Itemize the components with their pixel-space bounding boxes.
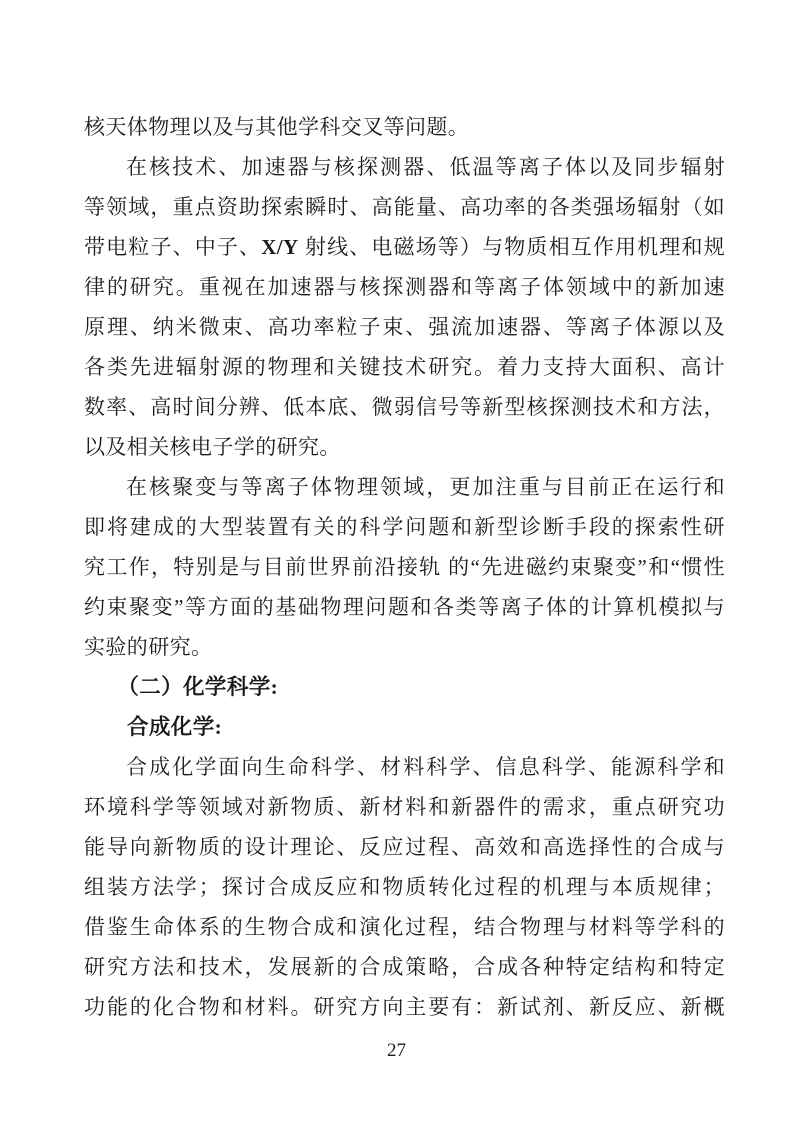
text-line: 在核技术、加速器与核探测器、低温等离子体以及同步辐射 <box>84 147 725 187</box>
text-line: 环境科学等领域对新物质、新材料和新器件的需求，重点研究功 <box>84 787 725 827</box>
text-block: 核天体物理以及与其他学科交叉等问题。 在核技术、加速器与核探测器、低温等离子体以… <box>84 107 725 1027</box>
text-line: 组装方法学；探讨合成反应和物质转化过程的机理与本质规律； <box>84 867 725 907</box>
text-segment: 射线、电磁场等）与物质相互作用机理和规 <box>299 235 725 259</box>
text-line: 合成化学面向生命科学、材料科学、信息科学、能源科学和 <box>84 747 725 787</box>
text-line: 原理、纳米微束、高功率粒子束、强流加速器、等离子体源以及 <box>84 307 725 347</box>
text-line: 研究方法和技术，发展新的合成策略，合成各种特定结构和特定 <box>84 947 725 987</box>
text-line: 核天体物理以及与其他学科交叉等问题。 <box>84 107 725 147</box>
text-line: 实验的研究。 <box>84 627 725 667</box>
text-line: 各类先进辐射源的物理和关键技术研究。着力支持大面积、高计 <box>84 347 725 387</box>
text-line: 数率、高时间分辨、低本底、微弱信号等新型核探测技术和方法， <box>84 387 725 427</box>
text-segment: 带电粒子、中子、 <box>84 235 261 259</box>
text-line: 功能的化合物和材料。研究方向主要有：新试剂、新反应、新概 <box>84 987 725 1027</box>
section-heading-chemistry: （二）化学科学: <box>84 667 725 707</box>
text-line: 以及相关核电子学的研究。 <box>84 427 725 467</box>
text-line: 究工作，特别是与目前世界前沿接轨 的“先进磁约束聚变”和“惯性 <box>84 547 725 587</box>
page-number: 27 <box>0 1036 793 1066</box>
subsection-heading-synthetic-chemistry: 合成化学: <box>84 707 725 747</box>
text-line: 约束聚变”等方面的基础物理问题和各类等离子体的计算机模拟与 <box>84 587 725 627</box>
text-line: 即将建成的大型装置有关的科学问题和新型诊断手段的探索性研 <box>84 507 725 547</box>
xy-ray-bold-text: X/Y <box>261 235 298 259</box>
document-page: 核天体物理以及与其他学科交叉等问题。 在核技术、加速器与核探测器、低温等离子体以… <box>0 0 793 1122</box>
text-line: 律的研究。重视在加速器与核探测器和等离子体领域中的新加速 <box>84 267 725 307</box>
text-line: 在核聚变与等离子体物理领域，更加注重与目前正在运行和 <box>84 467 725 507</box>
text-line: 带电粒子、中子、X/Y 射线、电磁场等）与物质相互作用机理和规 <box>84 227 725 267</box>
text-line: 借鉴生命体系的生物合成和演化过程，结合物理与材料等学科的 <box>84 907 725 947</box>
text-line: 等领域，重点资助探索瞬时、高能量、高功率的各类强场辐射（如 <box>84 187 725 227</box>
text-line: 能导向新物质的设计理论、反应过程、高效和高选择性的合成与 <box>84 827 725 867</box>
